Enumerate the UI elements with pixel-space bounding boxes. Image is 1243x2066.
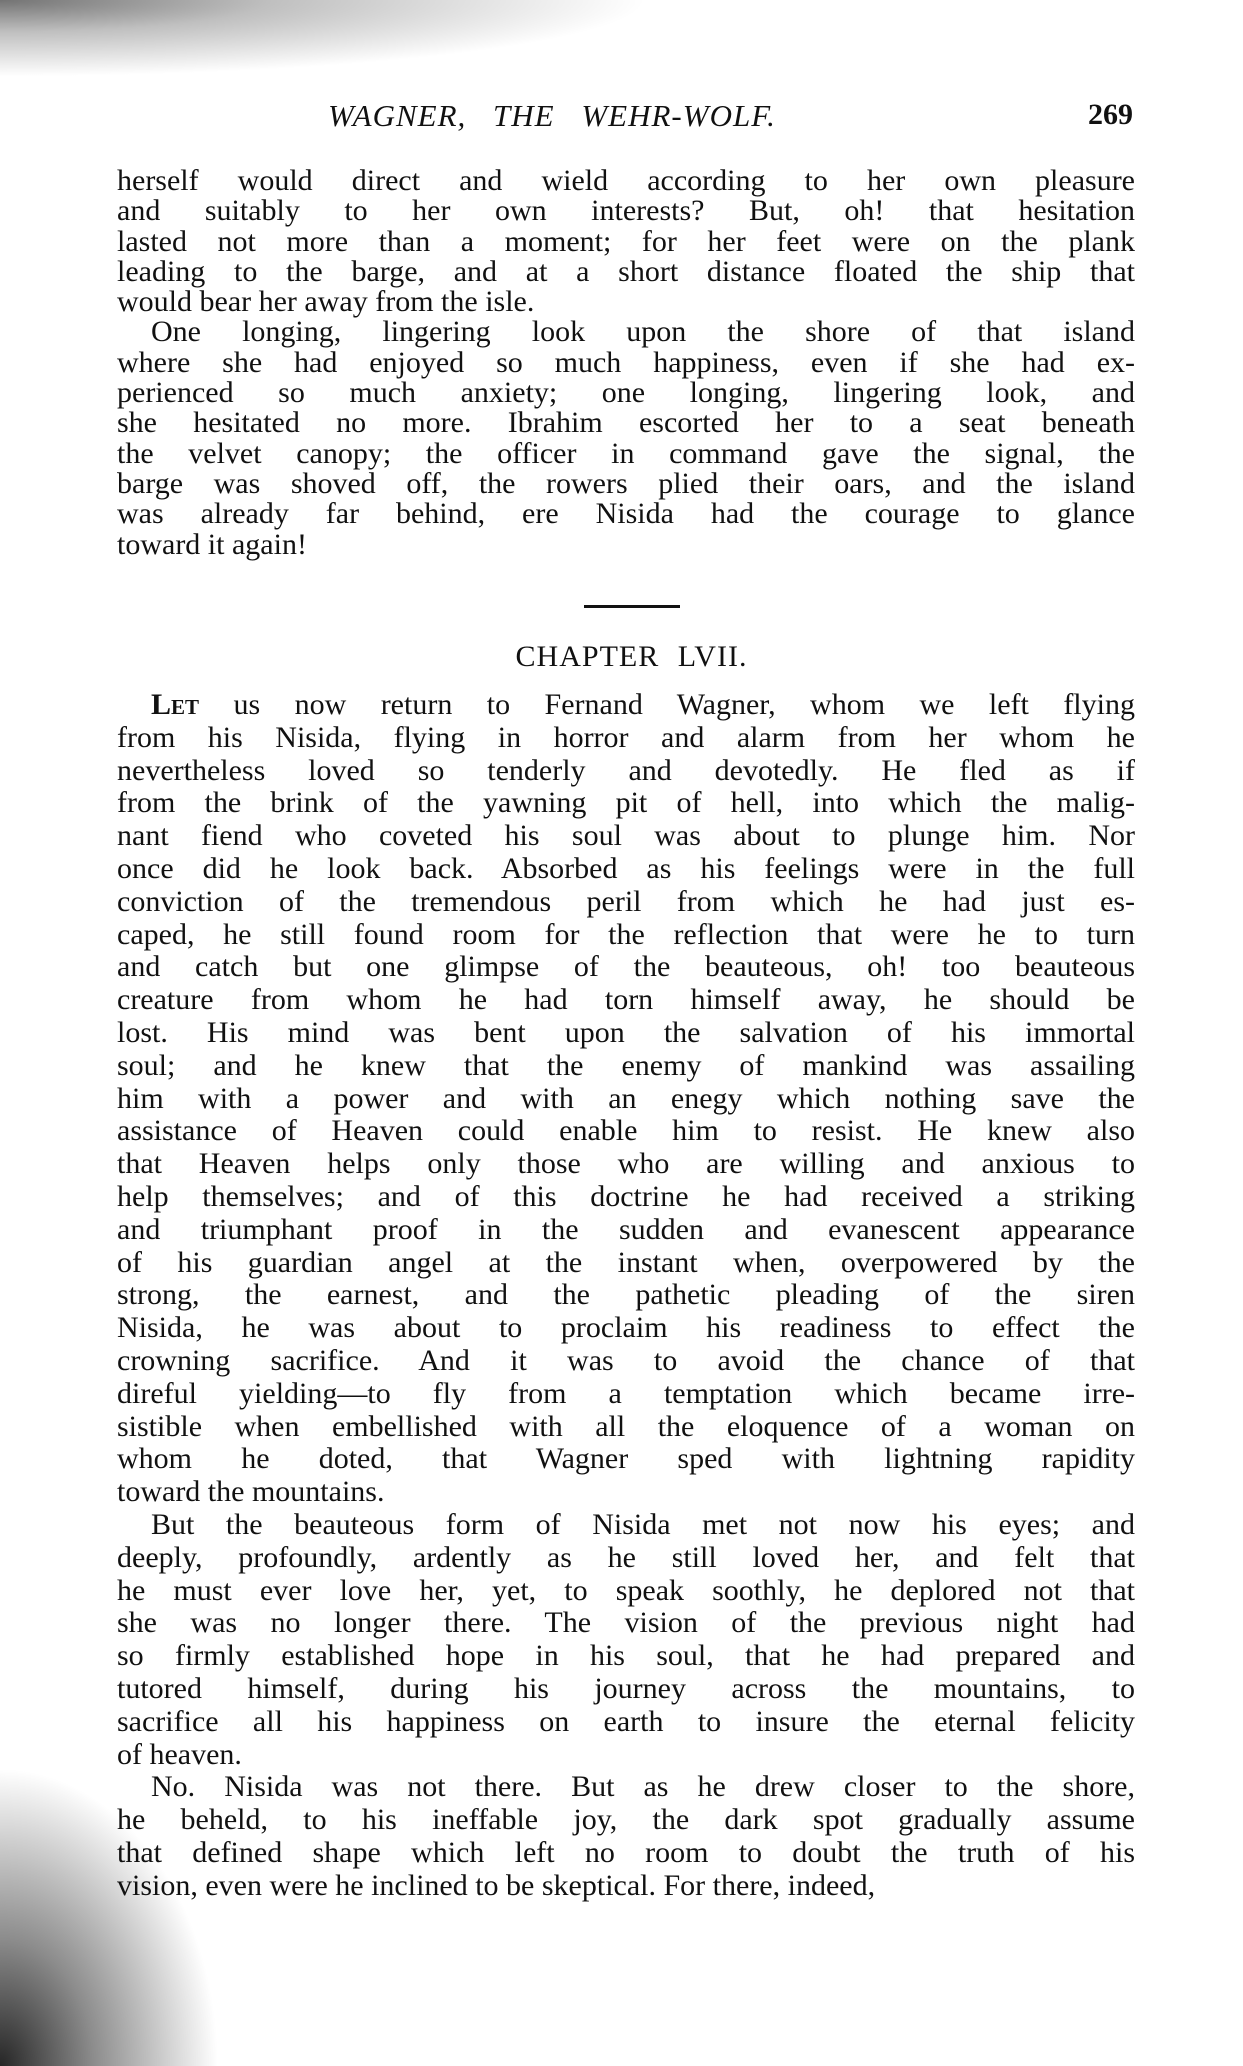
text-line: herself would direct and wield according…: [117, 166, 1135, 196]
text-line: the velvet canopy; the officer in comman…: [117, 439, 1135, 469]
text-line: she was no longer there. The vision of t…: [117, 1607, 1135, 1640]
text-line: nevertheless loved so tenderly and devot…: [117, 755, 1135, 788]
text-line: where she had enjoyed so much happiness,…: [117, 348, 1135, 378]
text-line: would bear her away from the isle.: [117, 287, 1135, 317]
text-line: lost. His mind was bent upon the salvati…: [117, 1017, 1135, 1050]
text-line: of heaven.: [117, 1739, 1135, 1772]
text-line: One longing, lingering look upon the sho…: [117, 317, 1135, 347]
text-line: help themselves; and of this doctrine he…: [117, 1181, 1135, 1214]
text-line: Nisida, he was about to proclaim his rea…: [117, 1312, 1135, 1345]
text-line: she hesitated no more. Ibrahim escorted …: [117, 408, 1135, 438]
text-line: so firmly established hope in his soul, …: [117, 1640, 1135, 1673]
text-line: from the brink of the yawning pit of hel…: [117, 787, 1135, 820]
paragraph: Let us now return to Fernand Wagner, who…: [117, 689, 1135, 1509]
section-divider-rule: [584, 605, 680, 608]
text-line: perienced so much anxiety; one longing, …: [117, 378, 1135, 408]
continued-text: herself would direct and wield according…: [117, 166, 1135, 560]
text-line: he must ever love her, yet, to speak soo…: [117, 1575, 1135, 1608]
paragraph: herself would direct and wield according…: [117, 166, 1135, 317]
paragraph: One longing, lingering look upon the sho…: [117, 317, 1135, 559]
text-line: toward it again!: [117, 530, 1135, 560]
running-head: WAGNER, THE WEHR-WOLF. 269: [0, 98, 1243, 132]
text-line: from his Nisida, flying in horror and al…: [117, 722, 1135, 755]
text-line: and suitably to her own interests? But, …: [117, 196, 1135, 226]
text-line: crowning sacrifice. And it was to avoid …: [117, 1345, 1135, 1378]
text-line: nant fiend who coveted his soul was abou…: [117, 820, 1135, 853]
text-line: whom he doted, that Wagner sped with lig…: [117, 1443, 1135, 1476]
text-line: that defined shape which left no room to…: [117, 1837, 1135, 1870]
text-line: was already far behind, ere Nisida had t…: [117, 499, 1135, 529]
chapter-body: Let us now return to Fernand Wagner, who…: [117, 689, 1135, 1902]
text-line: But the beauteous form of Nisida met not…: [117, 1509, 1135, 1542]
text-line: creature from whom he had torn himself a…: [117, 984, 1135, 1017]
text-line: and catch but one glimpse of the beauteo…: [117, 951, 1135, 984]
text-line: he beheld, to his ineffable joy, the dar…: [117, 1804, 1135, 1837]
text-line: leading to the barge, and at a short dis…: [117, 257, 1135, 287]
text-line: caped, he still found room for the refle…: [117, 919, 1135, 952]
text-line: assistance of Heaven could enable him to…: [117, 1115, 1135, 1148]
text-line: conviction of the tremendous peril from …: [117, 886, 1135, 919]
text-line: that Heaven helps only those who are wil…: [117, 1148, 1135, 1181]
text-line: him with a power and with an enegy which…: [117, 1083, 1135, 1116]
text-line: soul; and he knew that the enemy of mank…: [117, 1050, 1135, 1083]
text-line: and triumphant proof in the sudden and e…: [117, 1214, 1135, 1247]
text-line: once did he look back. Absorbed as his f…: [117, 853, 1135, 886]
page-number: 269: [1088, 98, 1133, 132]
chapter-lead-word: Let: [151, 688, 233, 721]
text-line: strong, the earnest, and the pathetic pl…: [117, 1279, 1135, 1312]
text-line: lasted not more than a moment; for her f…: [117, 227, 1135, 257]
text-line: direful yielding—to fly from a temptatio…: [117, 1378, 1135, 1411]
chapter-heading: CHAPTER LVII.: [0, 640, 1243, 674]
text-line: sistible when embellished with all the e…: [117, 1411, 1135, 1444]
scan-artifact-top: [0, 0, 760, 90]
text-line: tutored himself, during his journey acro…: [117, 1673, 1135, 1706]
paragraph: No. Nisida was not there. But as he drew…: [117, 1771, 1135, 1902]
text-line: sacrifice all his happiness on earth to …: [117, 1706, 1135, 1739]
text-line: toward the mountains.: [117, 1476, 1135, 1509]
text-line: barge was shoved off, the rowers plied t…: [117, 469, 1135, 499]
text-line: Let us now return to Fernand Wagner, who…: [117, 689, 1135, 722]
text-line: vision, even were he inclined to be skep…: [117, 1870, 1135, 1903]
text-line: of his guardian angel at the instant whe…: [117, 1247, 1135, 1280]
text-line: No. Nisida was not there. But as he drew…: [117, 1771, 1135, 1804]
text-line: deeply, profoundly, ardently as he still…: [117, 1542, 1135, 1575]
paragraph: But the beauteous form of Nisida met not…: [117, 1509, 1135, 1771]
running-title: WAGNER, THE WEHR-WOLF.: [328, 98, 776, 134]
